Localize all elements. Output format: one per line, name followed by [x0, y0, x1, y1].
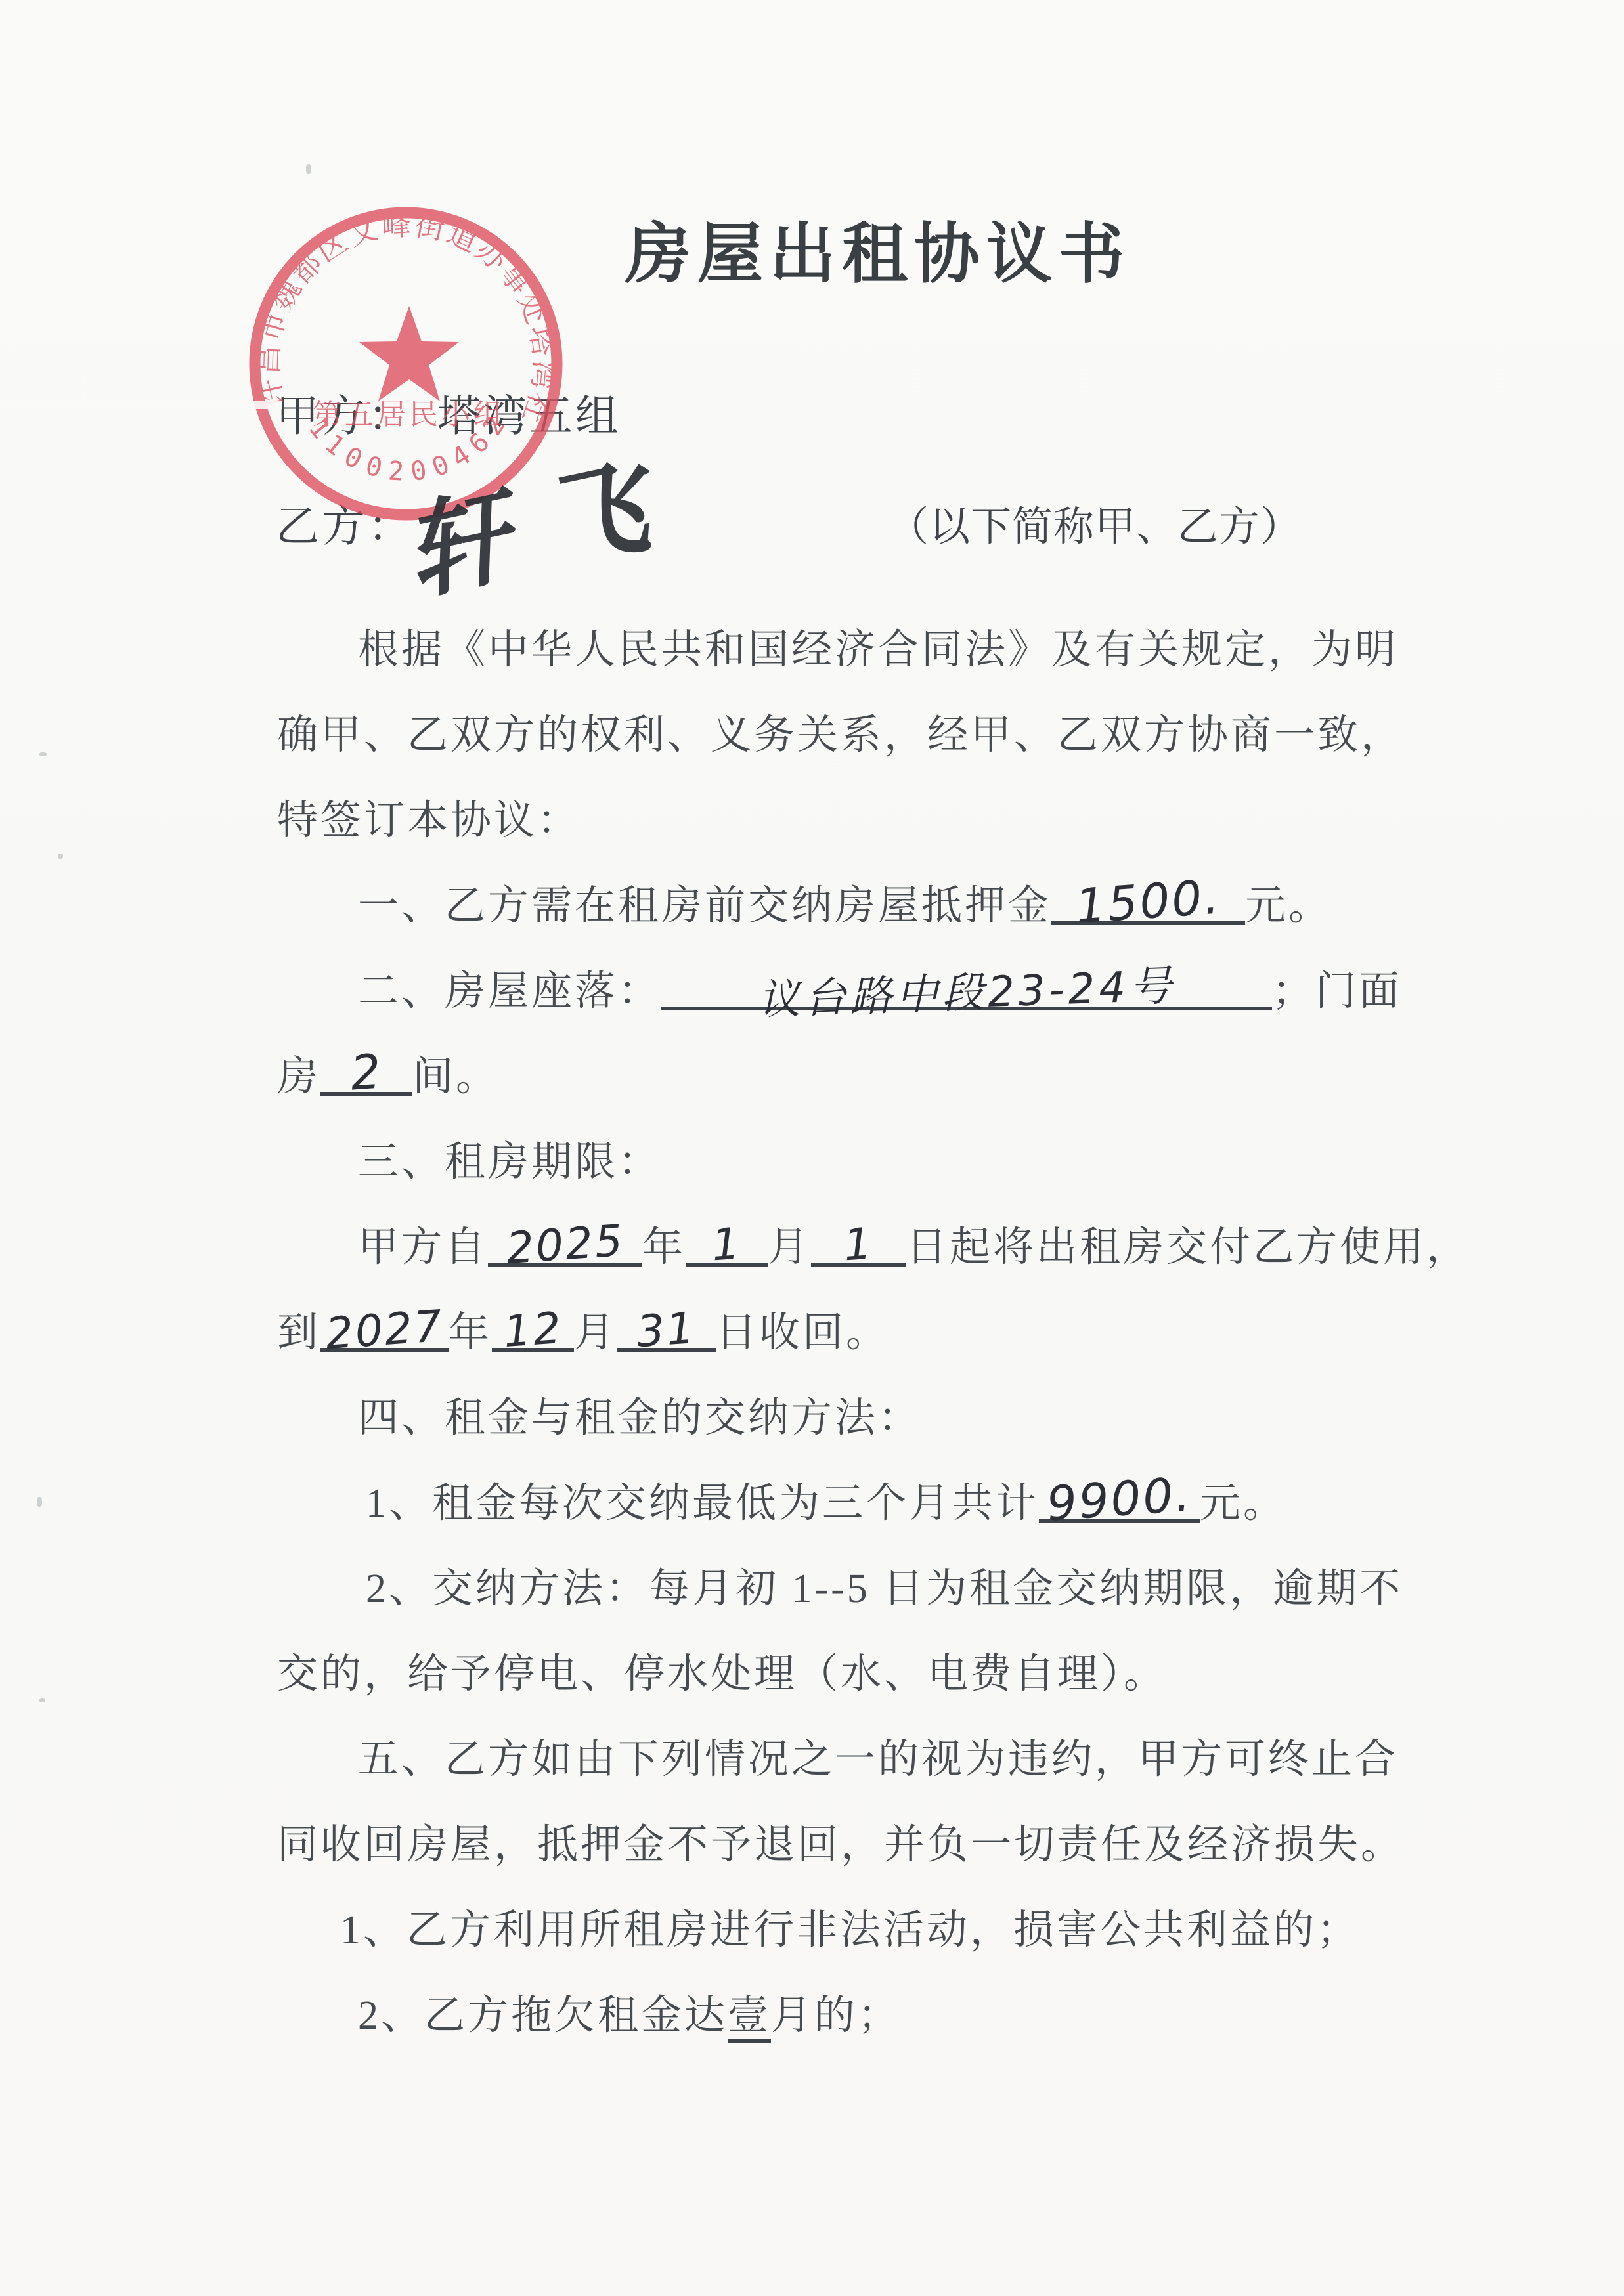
rooms-pre: 房	[277, 1054, 320, 1099]
start-year-handwriting: 2025	[504, 1219, 625, 1270]
clause-4-payment-line-1: 2、交纳方法：每月初 1--5 日为租金交纳期限，逾期不	[366, 1553, 1403, 1625]
clause-4-payment-line-2: 交的，给予停电、停水处理（水、电费自理）。	[277, 1638, 1167, 1710]
deposit-blank: 1500.	[1051, 870, 1245, 925]
scanned-rental-agreement-page: { "document": { "title": "房屋出租协议书", "par…	[0, 0, 1624, 2296]
intro-line-3: 特签订本协议：	[277, 785, 581, 857]
start-month-blank: 1	[686, 1211, 768, 1267]
end-year-label: 年	[449, 1310, 492, 1355]
party-b-signature-handwriting: 轩飞	[389, 416, 694, 620]
clause-1-unit: 元。	[1245, 884, 1332, 928]
deposit-fill-handwriting: 1500.	[1074, 873, 1223, 930]
clause-3-term-heading: 三、租房期限：	[358, 1126, 661, 1198]
end-day-handwriting: 31	[636, 1307, 697, 1354]
arrears-post: 月的；	[771, 1993, 901, 2038]
intro-line-1: 根据《中华人民共和国经济合同法》及有关规定，为明	[358, 614, 1398, 686]
clause-4-rent-amount: 1、租金每次交纳最低为三个月共计9900.元。	[366, 1467, 1286, 1540]
intro-line-2: 确甲、乙双方的权利、义务关系，经甲、乙双方协商一致，	[277, 699, 1404, 771]
party-b-label: 乙方：	[276, 503, 414, 551]
rooms-blank: 2	[320, 1041, 412, 1096]
rent-fill-handwriting: 9900.	[1045, 1470, 1194, 1527]
rent-blank: 9900.	[1039, 1467, 1200, 1523]
end-pre: 到	[277, 1310, 320, 1355]
clause-5-breach-line-1: 五、乙方如由下列情况之一的视为违约，甲方可终止合	[358, 1723, 1398, 1796]
end-year-blank: 2027	[320, 1297, 449, 1352]
seal-serial: 11002004623	[242, 194, 516, 487]
start-pre: 甲方自	[358, 1225, 488, 1270]
start-year-blank: 2025	[488, 1211, 642, 1267]
rent-pre: 1、租金每次交纳最低为三个月共计	[366, 1481, 1039, 1526]
rooms-post: 间。	[412, 1054, 499, 1099]
party-b-line: 乙方：	[276, 491, 414, 553]
clause-1-text: 一、乙方需在租房前交纳房屋抵押金	[358, 884, 1051, 928]
clause-2-post: ；门面	[1272, 969, 1402, 1014]
end-month-label: 月	[574, 1310, 617, 1355]
address-fill-handwriting: 议台路中段23-24号	[757, 965, 1176, 1022]
end-month-handwriting: 12	[502, 1307, 563, 1354]
page-title: 房屋出租协议书	[625, 201, 1131, 295]
scan-artifact-band	[0, 401, 282, 409]
start-post: 日起将出租房交付乙方使用，	[906, 1225, 1470, 1270]
party-a-label: 甲方：	[276, 393, 414, 441]
scan-speck	[39, 1698, 45, 1702]
scan-speck	[37, 1497, 42, 1507]
end-post: 日收回。	[716, 1310, 889, 1355]
end-day-blank: 31	[617, 1297, 716, 1352]
scan-speck	[306, 164, 311, 174]
party-a-line: 甲方：塔湾五组	[276, 381, 621, 443]
clause-3-start-date: 甲方自2025年1月1日起将出租房交付乙方使用，	[358, 1211, 1470, 1284]
arrears-emphasis: 壹	[728, 1993, 771, 2043]
rent-unit: 元。	[1200, 1481, 1286, 1526]
clause-2-location: 二、房屋座落：议台路中段23-24号；门面	[358, 955, 1402, 1028]
start-day-handwriting: 1	[843, 1223, 875, 1268]
rooms-fill-handwriting: 2	[349, 1047, 384, 1096]
clause-2-rooms: 房2间。	[277, 1041, 499, 1113]
clause-2-text: 二、房屋座落：	[358, 969, 661, 1014]
arrears-pre: 2、乙方拖欠租金达	[358, 1993, 728, 2038]
start-year-label: 年	[642, 1225, 686, 1270]
end-year-handwriting: 2027	[324, 1305, 445, 1356]
clause-5-item-2: 2、乙方拖欠租金达壹月的；	[358, 1980, 901, 2052]
end-month-blank: 12	[492, 1297, 574, 1352]
clause-5-item-1: 1、乙方利用所租房进行非法活动，损害公共利益的；	[340, 1894, 1360, 1966]
clause-1-deposit: 一、乙方需在租房前交纳房屋抵押金1500.元。	[358, 870, 1332, 942]
clause-5-breach-line-2: 同收回房屋，抵押金不予退回，并负一切责任及经济损失。	[277, 1809, 1404, 1881]
scan-speck	[39, 752, 47, 756]
start-month-handwriting: 1	[711, 1223, 743, 1268]
start-day-blank: 1	[811, 1211, 906, 1267]
clause-3-end-date: 到2027年12月31日收回。	[277, 1297, 889, 1369]
scan-speck	[58, 854, 63, 859]
aside-note: （以下简称甲、乙方）	[888, 494, 1302, 552]
start-month-label: 月	[768, 1225, 811, 1270]
clause-4-rent-heading: 四、租金与租金的交纳方法：	[358, 1382, 921, 1454]
address-blank: 议台路中段23-24号	[661, 955, 1272, 1010]
